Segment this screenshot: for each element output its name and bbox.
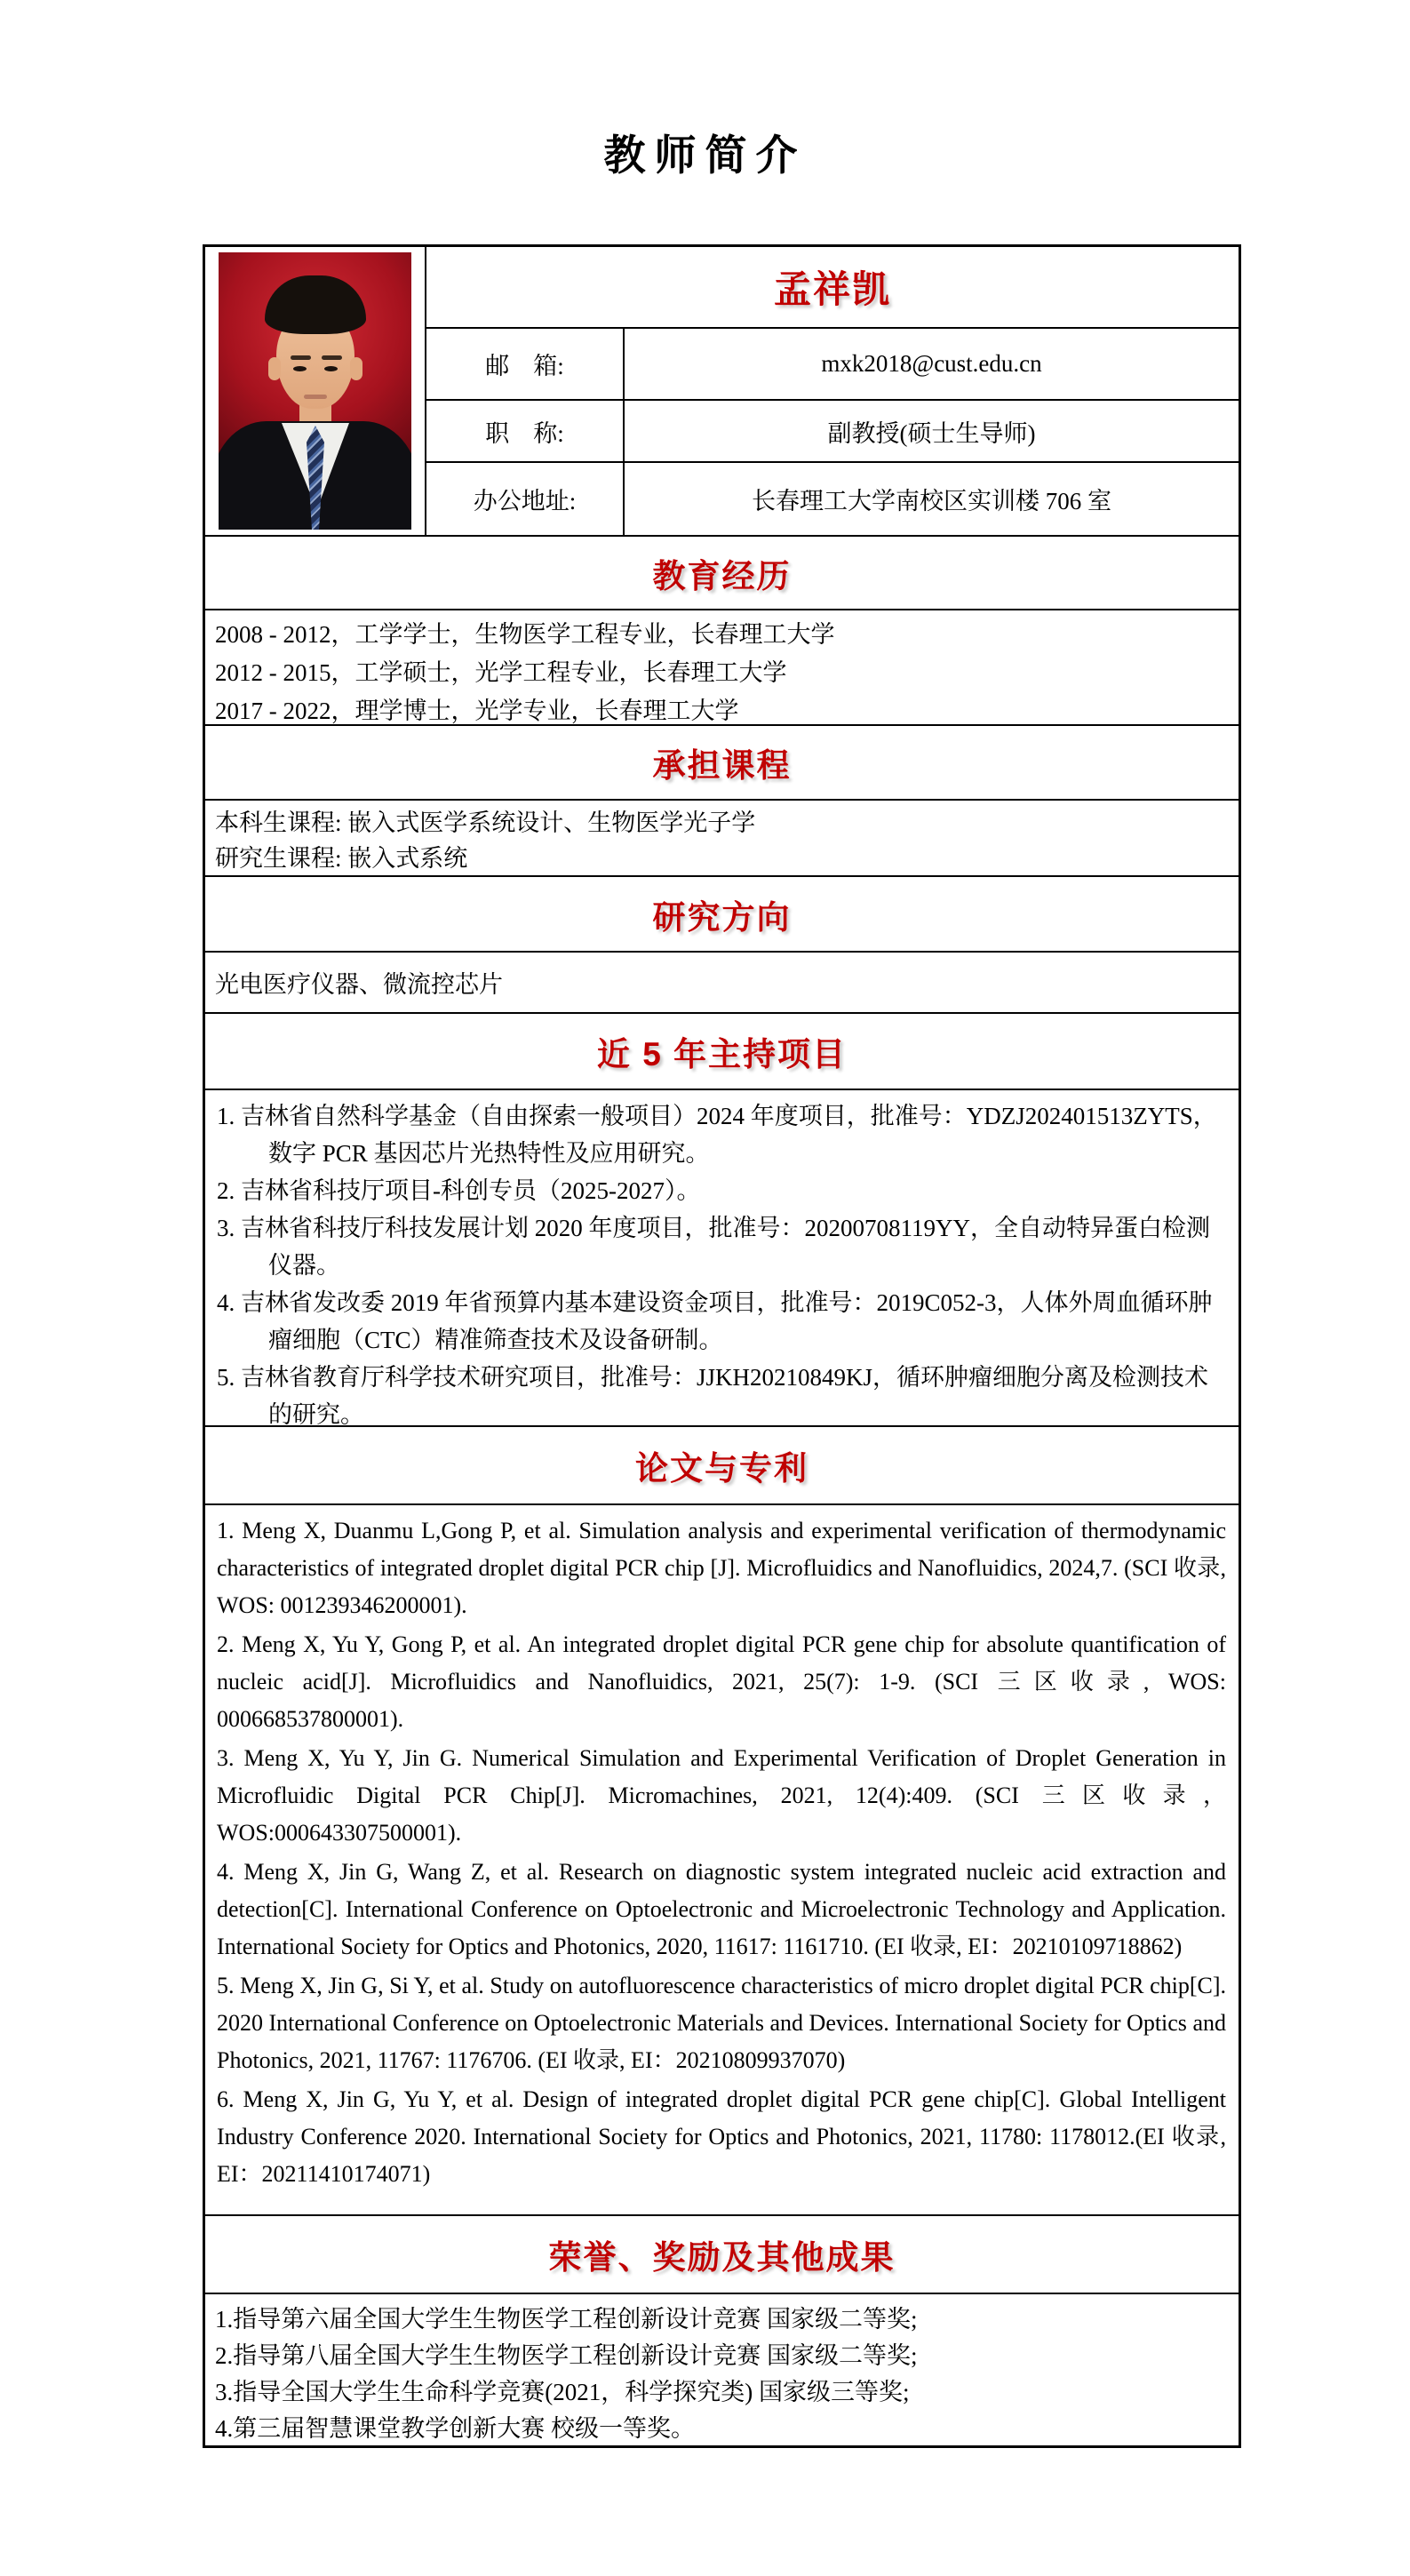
teacher-profile-table: 孟祥凯 邮 箱: mxk2018@cust.edu.cn 职 称: 副教授(硕士… [203, 244, 1241, 2448]
award-line: 1.指导第六届全国大学生生物医学工程创新设计竞赛 国家级二等奖; [215, 2301, 1230, 2338]
section-body-education: 2008 - 2012，工学学士，生物医学工程专业，长春理工大学 2012 - … [205, 609, 1239, 724]
paper-item: 4. Meng X, Jin G, Wang Z, et al. Researc… [217, 1854, 1226, 1966]
paper-item: 2. Meng X, Yu Y, Gong P, et al. An integ… [217, 1626, 1226, 1738]
photo-ear-shape [350, 357, 362, 380]
photo-eyebrow-shape [322, 355, 342, 360]
photo-eye-shape [293, 366, 307, 371]
email-value: mxk2018@cust.edu.cn [623, 327, 1239, 399]
photo-hair-shape [265, 275, 366, 334]
award-line: 2.指导第八届全国大学生生物医学工程创新设计竞赛 国家级二等奖; [215, 2338, 1230, 2374]
paper-item: 5. Meng X, Jin G, Si Y, et al. Study on … [217, 1967, 1226, 2079]
office-label: 办公地址: [426, 461, 623, 535]
page-title: 教师简介 [0, 123, 1410, 182]
research-line: 光电医疗仪器、微流控芯片 [215, 965, 503, 1000]
profile-photo [219, 252, 411, 530]
course-line: 本科生课程: 嵌入式医学系统设计、生物医学光子学 [215, 805, 1230, 841]
project-item: 2. 吉林省科技厅项目-科创专员（2025-2027）。 [217, 1172, 1228, 1209]
section-heading-awards: 荣誉、奖励及其他成果 [205, 2214, 1239, 2293]
photo-cell [205, 247, 426, 535]
office-value: 长春理工大学南校区实训楼 706 室 [623, 461, 1239, 535]
photo-eyebrow-shape [291, 355, 311, 360]
section-heading-research: 研究方向 [205, 875, 1239, 951]
teacher-name: 孟祥凯 [774, 260, 891, 314]
paper-item: 6. Meng X, Jin G, Yu Y, et al. Design of… [217, 2081, 1226, 2193]
section-body-papers: 1. Meng X, Duanmu L,Gong P, et al. Simul… [205, 1503, 1239, 2214]
award-line: 3.指导全国大学生生命科学竞赛(2021，科学探究类) 国家级三等奖; [215, 2374, 1230, 2411]
name-cell: 孟祥凯 [426, 247, 1239, 327]
section-body-research: 光电医疗仪器、微流控芯片 [205, 951, 1239, 1012]
paper-item: 3. Meng X, Yu Y, Jin G. Numerical Simula… [217, 1740, 1226, 1852]
paper-item: 1. Meng X, Duanmu L,Gong P, et al. Simul… [217, 1512, 1226, 1624]
education-line: 2008 - 2012，工学学士，生物医学工程专业，长春理工大学 [215, 616, 1230, 654]
profile-header-block: 孟祥凯 邮 箱: mxk2018@cust.edu.cn 职 称: 副教授(硕士… [205, 247, 1239, 535]
photo-eye-shape [324, 366, 338, 371]
project-item: 3. 吉林省科技厅科技发展计划 2020 年度项目，批准号：2020070811… [217, 1209, 1228, 1284]
project-item: 1. 吉林省自然科学基金（自由探索一般项目）2024 年度项目，批准号：YDZJ… [217, 1097, 1228, 1172]
photo-ear-shape [268, 357, 281, 380]
project-item: 5. 吉林省教育厅科学技术研究项目，批准号：JJKH20210849KJ，循环肿… [217, 1359, 1228, 1433]
education-line: 2012 - 2015，工学硕士，光学工程专业，长春理工大学 [215, 654, 1230, 692]
section-body-awards: 1.指导第六届全国大学生生物医学工程创新设计竞赛 国家级二等奖; 2.指导第八届… [205, 2293, 1239, 2445]
section-heading-courses: 承担课程 [205, 724, 1239, 799]
section-body-projects: 1. 吉林省自然科学基金（自由探索一般项目）2024 年度项目，批准号：YDZJ… [205, 1089, 1239, 1425]
section-body-courses: 本科生课程: 嵌入式医学系统设计、生物医学光子学 研究生课程: 嵌入式系统 [205, 799, 1239, 875]
title-label: 职 称: [426, 399, 623, 461]
section-heading-projects: 近 5 年主持项目 [205, 1012, 1239, 1089]
photo-mouth-shape [304, 395, 327, 399]
email-label: 邮 箱: [426, 327, 623, 399]
course-line: 研究生课程: 嵌入式系统 [215, 841, 1230, 876]
section-heading-education: 教育经历 [205, 535, 1239, 609]
award-line: 4.第三届智慧课堂教学创新大赛 校级一等奖。 [215, 2411, 1230, 2447]
title-value: 副教授(硕士生导师) [623, 399, 1239, 461]
section-heading-papers: 论文与专利 [205, 1425, 1239, 1503]
project-item: 4. 吉林省发改委 2019 年省预算内基本建设资金项目，批准号：2019C05… [217, 1284, 1228, 1359]
